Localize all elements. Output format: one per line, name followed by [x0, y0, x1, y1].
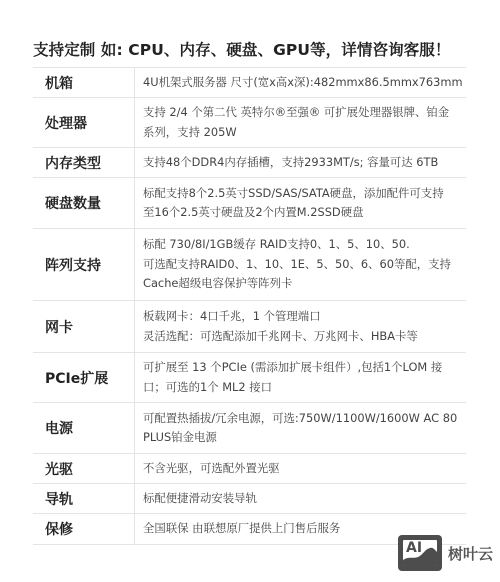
spec-value-line: 可选配支持RAID0、1、10、1E、5、50、6、60等配，支持 [143, 255, 466, 275]
spec-value-line: 口；可选的1个 ML2 接口 [143, 378, 466, 398]
mountain-wave-icon [403, 540, 437, 566]
watermark-logo-icon: AI [398, 535, 442, 571]
spec-value: 可扩展至 13 个PCIe (需添加扩展卡组件）,包括1个LOM 接口；可选的1… [135, 353, 467, 403]
spec-value: 4U机架式服务器 尺寸(宽x高x深):482mmx86.5mmx763mm [135, 68, 467, 98]
spec-value-line: 支持 2/4 个第二代 英特尔®至强® 可扩展处理器银牌、铂金 [143, 103, 466, 123]
spec-value-line: Cache超级电容保护等阵列卡 [143, 274, 466, 294]
watermark: AI 树叶云 [398, 535, 493, 571]
spec-label: 保修 [33, 514, 135, 545]
spec-row: 电源可配置热插拔/冗余电源，可选:750W/1100W/1600W AC 80P… [33, 403, 466, 454]
watermark-brand-name: 树叶云 [448, 543, 493, 564]
spec-row: PCIe扩展可扩展至 13 个PCIe (需添加扩展卡组件）,包括1个LOM 接… [33, 353, 466, 403]
spec-label: PCIe扩展 [33, 353, 135, 403]
spec-label: 阵列支持 [33, 229, 135, 301]
spec-value-line: 支持48个DDR4内存插槽，支持2933MT/s; 容量可达 6TB [143, 153, 466, 173]
spec-value-line: PLUS铂金电源 [143, 428, 466, 448]
spec-value: 支持48个DDR4内存插槽，支持2933MT/s; 容量可达 6TB [135, 148, 467, 178]
spec-value-line: 4U机架式服务器 尺寸(宽x高x深):482mmx86.5mmx763mm [143, 73, 466, 93]
spec-value: 不含光驱，可选配外置光驱 [135, 454, 467, 484]
spec-value-line: 灵活选配：可选配添加千兆网卡、万兆网卡、HBA卡等 [143, 327, 466, 347]
spec-row: 机箱4U机架式服务器 尺寸(宽x高x深):482mmx86.5mmx763mm [33, 68, 466, 98]
spec-value-line: 至16个2.5英寸硬盘及2个内置M.2SSD硬盘 [143, 203, 466, 223]
spec-row: 导轨标配便捷滑动安装导轨 [33, 484, 466, 514]
spec-label: 电源 [33, 403, 135, 454]
spec-row: 光驱不含光驱，可选配外置光驱 [33, 454, 466, 484]
spec-value: 标配 730/8I/1GB缓存 RAID支持0、1、5、10、50.可选配支持R… [135, 229, 467, 301]
spec-value-line: 系列，支持 205W [143, 123, 466, 143]
spec-value: 标配支持8个2.5英寸SSD/SAS/SATA硬盘，添加配件可支持至16个2.5… [135, 178, 467, 229]
spec-label: 网卡 [33, 301, 135, 353]
spec-row: 内存类型支持48个DDR4内存插槽，支持2933MT/s; 容量可达 6TB [33, 148, 466, 178]
spec-row: 硬盘数量标配支持8个2.5英寸SSD/SAS/SATA硬盘，添加配件可支持至16… [33, 178, 466, 229]
spec-row: 阵列支持标配 730/8I/1GB缓存 RAID支持0、1、5、10、50.可选… [33, 229, 466, 301]
spec-label: 处理器 [33, 98, 135, 148]
spec-label: 导轨 [33, 484, 135, 514]
spec-table-body: 机箱4U机架式服务器 尺寸(宽x高x深):482mmx86.5mmx763mm处… [33, 68, 466, 545]
spec-value: 板载网卡：4口千兆，1 个管理端口灵活选配：可选配添加千兆网卡、万兆网卡、HBA… [135, 301, 467, 353]
spec-value-line: 可扩展至 13 个PCIe (需添加扩展卡组件）,包括1个LOM 接 [143, 358, 466, 378]
spec-value-line: 可配置热插拔/冗余电源，可选:750W/1100W/1600W AC 80 [143, 409, 466, 429]
spec-value-line: 标配 730/8I/1GB缓存 RAID支持0、1、5、10、50. [143, 235, 466, 255]
spec-value: 标配便捷滑动安装导轨 [135, 484, 467, 514]
spec-table: 机箱4U机架式服务器 尺寸(宽x高x深):482mmx86.5mmx763mm处… [33, 67, 466, 545]
spec-label: 光驱 [33, 454, 135, 484]
page-heading: 支持定制 如: CPU、内存、硬盘、GPU等，详情咨询客服！ [33, 38, 450, 60]
spec-value-line: 不含光驱，可选配外置光驱 [143, 459, 466, 479]
spec-value-line: 标配便捷滑动安装导轨 [143, 489, 466, 509]
spec-value: 支持 2/4 个第二代 英特尔®至强® 可扩展处理器银牌、铂金系列，支持 205… [135, 98, 467, 148]
spec-label: 内存类型 [33, 148, 135, 178]
spec-value: 可配置热插拔/冗余电源，可选:750W/1100W/1600W AC 80PLU… [135, 403, 467, 454]
spec-value-line: 标配支持8个2.5英寸SSD/SAS/SATA硬盘，添加配件可支持 [143, 184, 466, 204]
spec-label: 硬盘数量 [33, 178, 135, 229]
spec-row: 处理器支持 2/4 个第二代 英特尔®至强® 可扩展处理器银牌、铂金系列，支持 … [33, 98, 466, 148]
spec-row: 网卡板载网卡：4口千兆，1 个管理端口灵活选配：可选配添加千兆网卡、万兆网卡、H… [33, 301, 466, 353]
spec-value-line: 板载网卡：4口千兆，1 个管理端口 [143, 307, 466, 327]
spec-label: 机箱 [33, 68, 135, 98]
